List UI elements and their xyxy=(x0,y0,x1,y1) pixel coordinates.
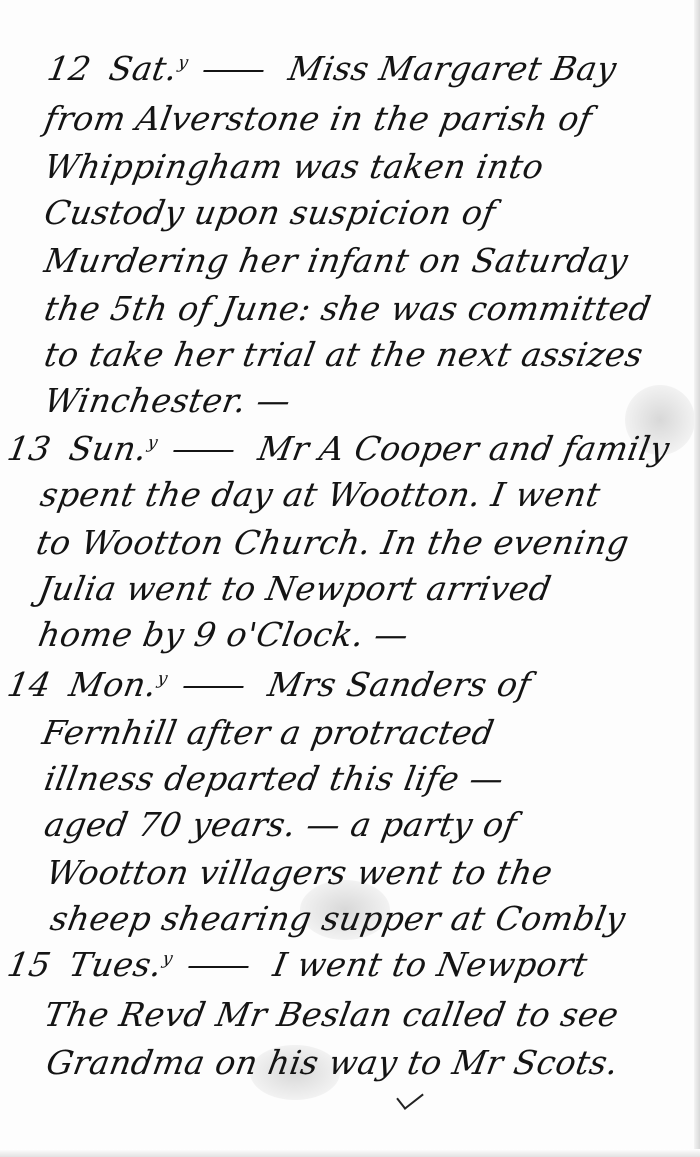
entry-12-line-2: from Alverstone in the parish of xyxy=(42,102,595,135)
entry-15-weekday-sup: y xyxy=(161,949,175,969)
entry-12-weekday-sup: y xyxy=(176,53,190,73)
entry-13-weekday-sup: y xyxy=(146,433,160,453)
entry-14-line-3: illness departed this life — xyxy=(42,762,506,795)
entry-12-line-8: Winchester. — xyxy=(42,384,293,417)
entry-13-line-2: spent the day at Wootton. I went xyxy=(38,478,603,511)
entry-14-line-1: Mrs Sanders of xyxy=(265,665,534,704)
entry-13-day: 13 xyxy=(5,432,54,465)
entry-14-day: 14 xyxy=(5,668,54,701)
entry-12-line-7: to take her trial at the next assizes xyxy=(42,338,646,371)
entry-13-line-5: home by 9 o'Clock. — xyxy=(36,618,411,651)
entry-14-line-4: aged 70 years. — a party of xyxy=(42,808,519,841)
flourish-mark xyxy=(396,1084,424,1110)
entry-13-line-4: Julia went to Newport arrived xyxy=(36,572,554,605)
entry-15-day: 15 xyxy=(5,948,54,981)
entry-12-line-4: Custody upon suspicion of xyxy=(42,196,498,229)
entry-12-line-3: Whippingham was taken into xyxy=(42,150,546,183)
entry-15-line-2: The Revd Mr Beslan called to see xyxy=(42,998,621,1031)
page-edge xyxy=(694,0,700,1157)
entry-13-line-3: to Wootton Church. In the evening xyxy=(34,526,632,559)
entry-12-day: 12 xyxy=(45,52,94,85)
diary-page: 12 Sat.y Miss Margaret Bay from Alversto… xyxy=(0,0,700,1157)
entry-14-line-6: sheep shearing supper at Combly xyxy=(48,902,628,935)
entry-dash xyxy=(183,686,243,688)
entry-15-line-1: I went to Newport xyxy=(270,945,590,984)
entry-14-weekday-sup: y xyxy=(156,669,170,689)
entry-dash xyxy=(204,70,264,72)
entry-14-line-2: Fernhill after a protracted xyxy=(40,716,497,749)
entry-15-weekday: Tues. xyxy=(66,945,165,984)
entry-12-weekday: Sat. xyxy=(106,49,181,88)
entry-13-weekday: Sun. xyxy=(66,429,150,468)
entry-dash xyxy=(188,966,248,968)
entry-14-weekday: Mon. xyxy=(66,665,160,704)
entry-12-line-5: Murdering her infant on Saturday xyxy=(42,244,631,277)
entry-12-header-line: 12 Sat.y Miss Margaret Bay xyxy=(45,52,619,85)
entry-12-line-1: Miss Margaret Bay xyxy=(286,49,620,88)
entry-15-header-line: 15 Tues.y I went to Newport xyxy=(5,948,590,981)
entry-14-line-5: Wootton villagers went to the xyxy=(44,856,555,889)
entry-dash xyxy=(173,450,233,452)
entry-13-line-1: Mr A Cooper and family xyxy=(255,429,672,468)
entry-15-line-3: Grandma on his way to Mr Scots. xyxy=(44,1046,621,1079)
entry-13-header-line: 13 Sun.y Mr A Cooper and family xyxy=(5,432,672,465)
entry-12-line-6: the 5th of June: she was committed xyxy=(42,292,654,325)
entry-14-header-line: 14 Mon.y Mrs Sanders of xyxy=(5,668,533,701)
page-bottom-edge xyxy=(0,1149,700,1157)
